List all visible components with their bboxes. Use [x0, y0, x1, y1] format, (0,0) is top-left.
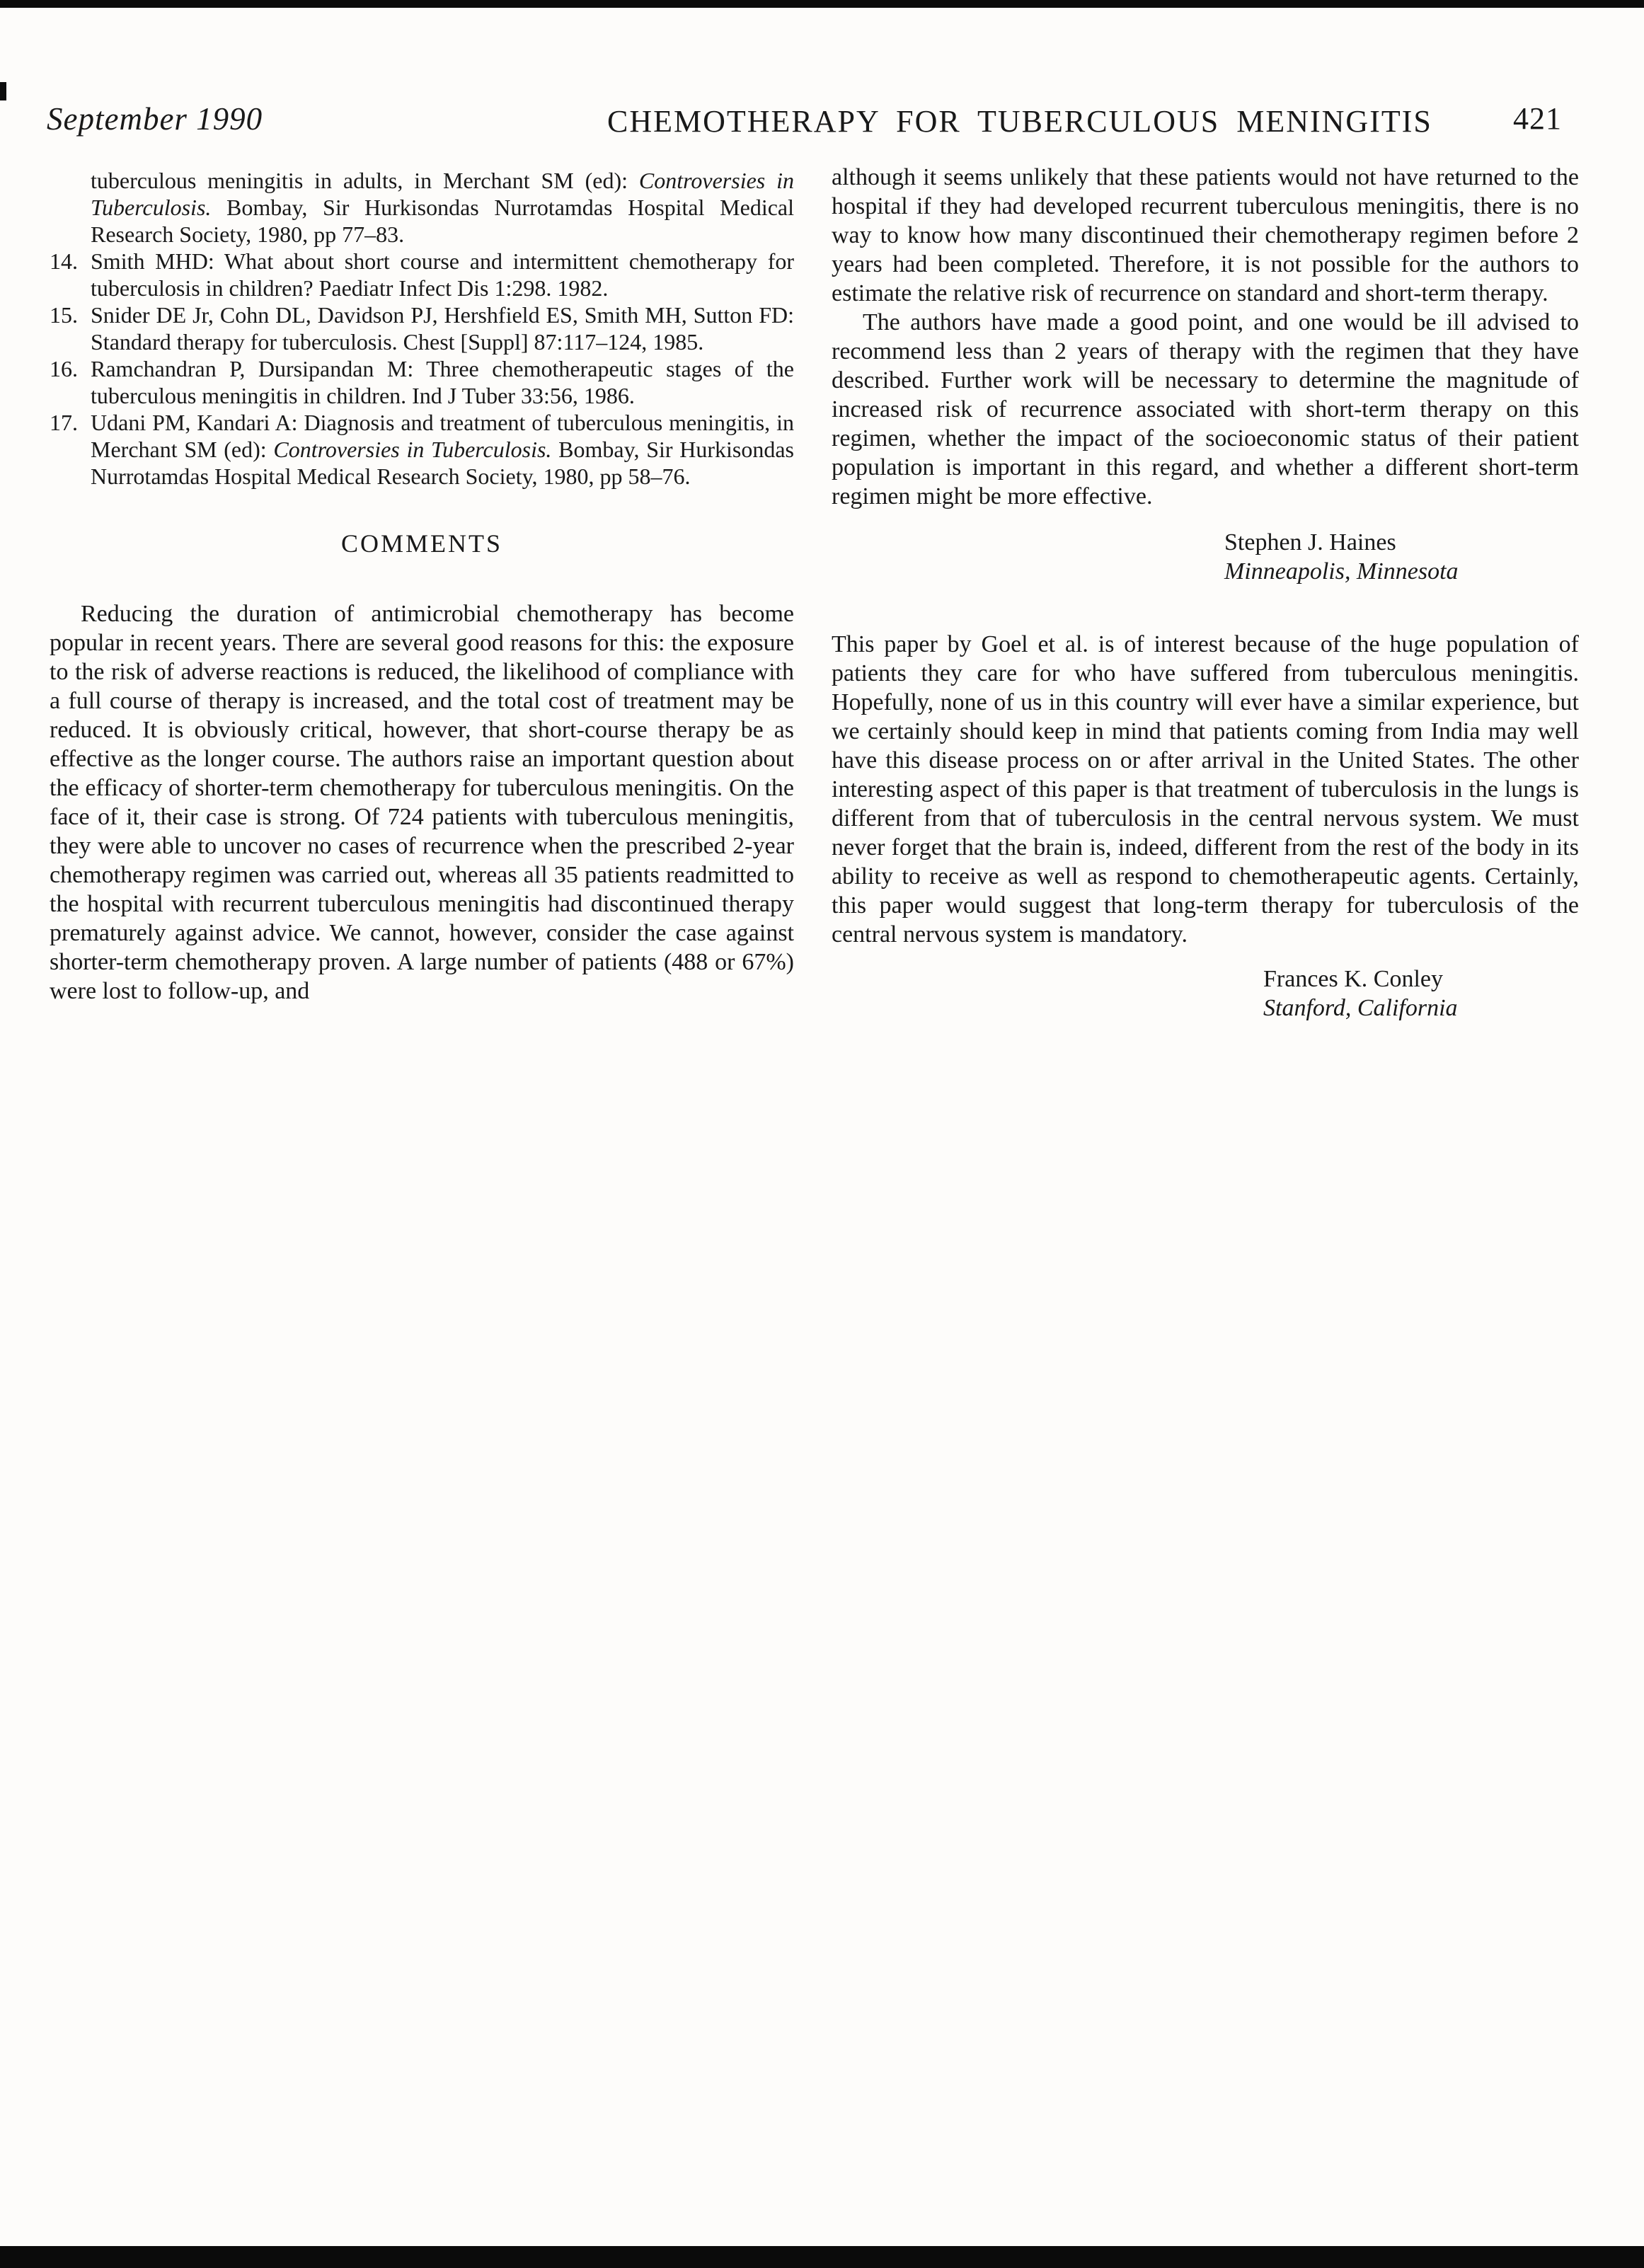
comments-paragraph: Reducing the duration of antimicrobial c…	[50, 599, 794, 1006]
commenter-location: Minneapolis, Minnesota	[1224, 557, 1579, 586]
commenter-signature-haines: Stephen J. Haines Minneapolis, Minnesota	[1224, 528, 1579, 586]
commenter-location: Stanford, California	[1263, 994, 1579, 1023]
reference-number: 17.	[50, 409, 91, 436]
reference-text: Snider DE Jr, Cohn DL, Davidson PJ, Hers…	[91, 302, 794, 355]
reference-number: 15.	[50, 301, 91, 328]
commenter-name: Frances K. Conley	[1263, 965, 1579, 994]
scan-artifact-bottom-bar	[0, 2246, 1644, 2268]
running-title: CHEMOTHERAPY FOR TUBERCULOUS MENINGITIS	[607, 103, 1432, 139]
comments-paragraph-3: This paper by Goel et al. is of interest…	[832, 630, 1579, 949]
left-column: tuberculous meningitis in adults, in Mer…	[50, 167, 794, 1006]
scan-artifact-left-tick	[0, 82, 6, 100]
comments-paragraph-2: The authors have made a good point, and …	[832, 308, 1579, 511]
scan-artifact-top-bar	[0, 0, 1644, 8]
reference-item-17: 17.Udani PM, Kandari A: Diagnosis and tr…	[50, 409, 794, 490]
reference-number: 16.	[50, 355, 91, 382]
reference-item-15: 15.Snider DE Jr, Cohn DL, Davidson PJ, H…	[50, 301, 794, 355]
commenter-name: Stephen J. Haines	[1224, 528, 1579, 557]
page-number: 421	[1513, 100, 1562, 137]
commenter-signature-conley: Frances K. Conley Stanford, California	[1263, 965, 1579, 1023]
reference-text: Ramchandran P, Dursipandan M: Three chem…	[91, 356, 794, 408]
reference-item-16: 16.Ramchandran P, Dursipandan M: Three c…	[50, 355, 794, 409]
reference-item-14: 14.Smith MHD: What about short course an…	[50, 248, 794, 301]
journal-issue-date: September 1990	[47, 100, 263, 137]
journal-page: September 1990 CHEMOTHERAPY FOR TUBERCUL…	[0, 0, 1644, 2268]
comments-paragraph-continuation: although it seems unlikely that these pa…	[832, 163, 1579, 308]
reference-13-continuation: tuberculous meningitis in adults, in Mer…	[50, 167, 794, 248]
right-column: although it seems unlikely that these pa…	[832, 163, 1579, 1023]
reference-number: 14.	[50, 248, 91, 275]
comments-section-heading: COMMENTS	[50, 529, 794, 558]
reference-text: Smith MHD: What about short course and i…	[91, 248, 794, 301]
reference-text: Udani PM, Kandari A: Diagnosis and treat…	[91, 410, 794, 489]
